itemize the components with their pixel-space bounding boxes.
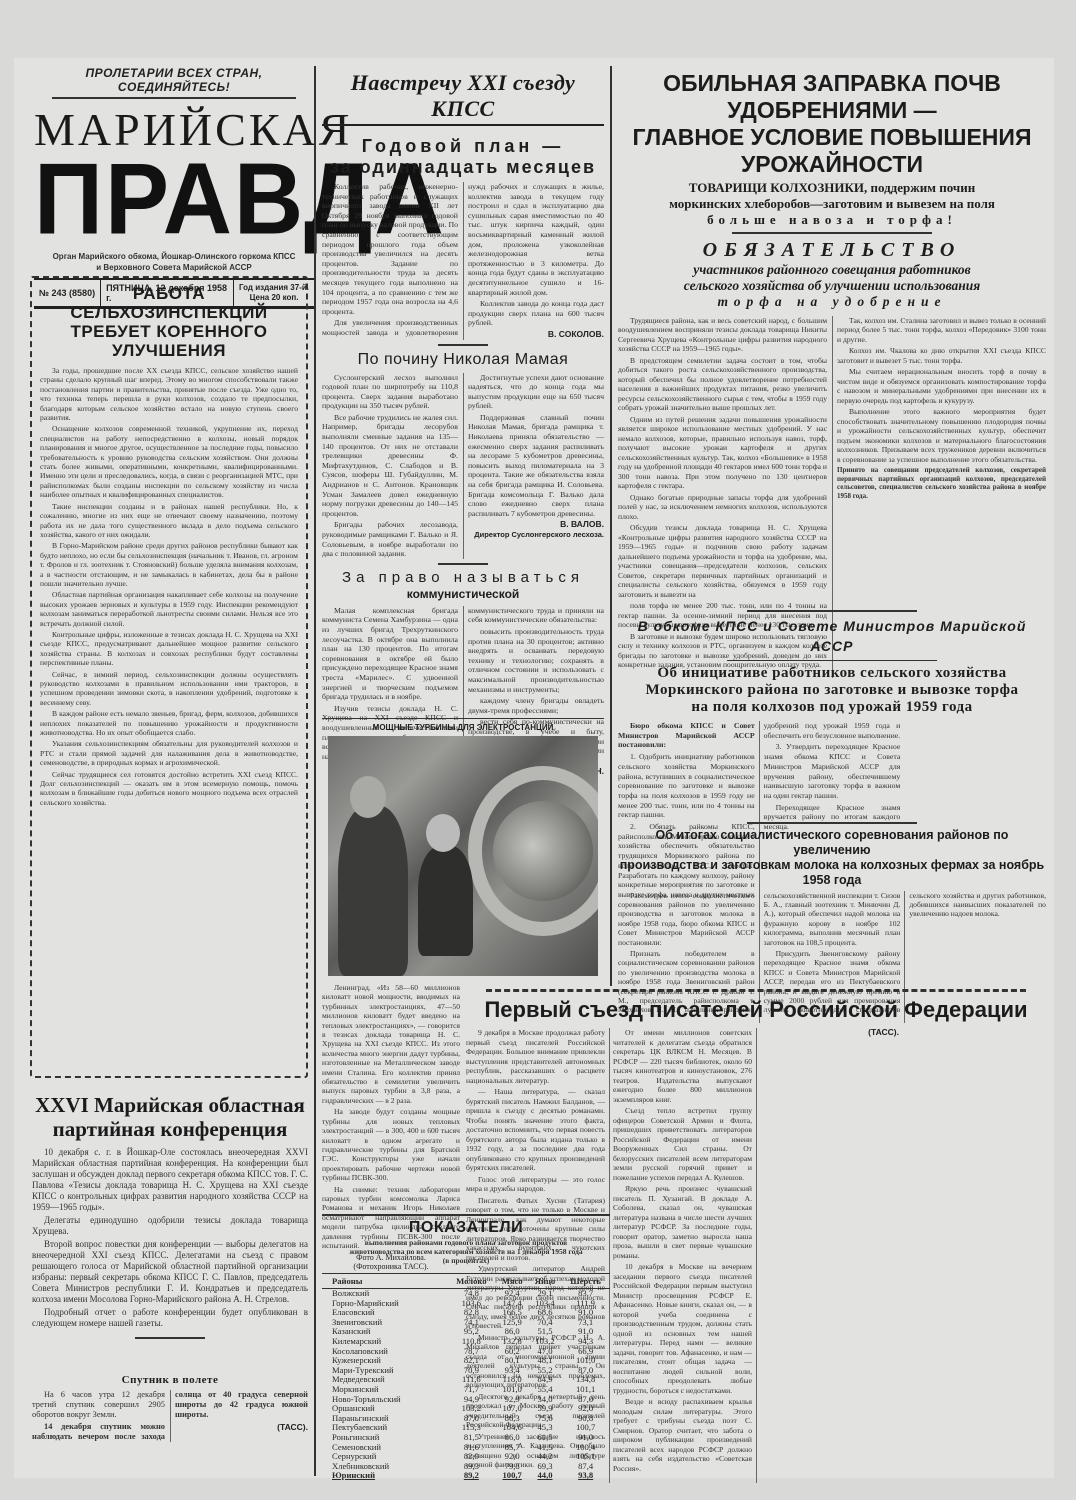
indicators-table-body: Волжский74,892,429,183,7Горно-Марийский1… — [322, 1289, 610, 1481]
divider — [438, 563, 488, 565]
mechanic-figure — [338, 806, 408, 976]
technician-head — [426, 814, 460, 852]
annual-plan-signature: В. СОКОЛОВ. — [468, 330, 604, 340]
communist-headline-line1: За право называться — [322, 569, 604, 587]
photo-caption-title: МОЩНЫЕ ТУРБИНЫ ДЛЯ ЭЛЕКТРОСТАНЦИЙ — [322, 719, 604, 736]
ornament-divider — [135, 1337, 205, 1339]
district-name-cell: Юринский — [322, 1471, 447, 1481]
conference-article: XXVI Марийская областная партийная конфе… — [32, 1093, 308, 1343]
writers-credit: (ТАСС). — [760, 1028, 899, 1038]
newspaper-page: ПРОЛЕТАРИИ ВСЕХ СТРАН, СОЕДИНЯЙТЕСЬ! МАР… — [14, 58, 1054, 1478]
percent-cell: 44,0 — [529, 1471, 561, 1481]
divider — [747, 610, 917, 612]
article-mamai-initiative: По почину Николая Мамая Суслонгерский ле… — [322, 350, 604, 565]
percent-cell: 89,2 — [447, 1471, 495, 1481]
turbine-photo — [328, 736, 598, 976]
sputnik-headline: Спутник в полете — [32, 1374, 308, 1386]
conference-body: 10 декабря с. г. в Йошкар-Оле состоялась… — [32, 1147, 308, 1329]
masthead-title-line2: ПРАВДА — [34, 151, 314, 250]
photo-text-body: Ленинград. «Из 58—60 миллионов киловатт … — [322, 983, 460, 1250]
ornament-rule — [486, 989, 1026, 992]
turbine-core — [493, 801, 593, 901]
sputnik-body: На 6 часов утра 12 декабря третий спутни… — [32, 1390, 308, 1442]
sputnik-article: Спутник в полете На 6 часов утра 12 дека… — [32, 1374, 308, 1442]
indicators-table-block: ПОКАЗАТЕЛИ выполнения районами годового … — [322, 1218, 610, 1481]
percent-cell: 100,7 — [496, 1471, 529, 1481]
mamai-signature-title: Директор Суслонгерского лесхоза. — [468, 530, 604, 540]
mamai-headline: По почину Николая Мамая — [322, 350, 604, 370]
percent-cell: 93,8 — [561, 1471, 610, 1481]
masthead-motto: ПРОЛЕТАРИИ ВСЕХ СТРАН, СОЕДИНЯЙТЕСЬ! — [34, 66, 314, 94]
divider — [727, 660, 937, 662]
lead-headline-line2: ГЛАВНОЕ УСЛОВИЕ ПОВЫШЕНИЯ УРОЖАЙНОСТИ — [618, 124, 1046, 178]
sputnik-credit: (ТАСС). — [175, 1422, 308, 1432]
communist-headline-line2: коммунистической — [322, 587, 604, 602]
inspection-body: За годы, прошедшие после XX съезда КПСС,… — [40, 366, 298, 807]
writers-headline: Первый съезд писателей Российской Федера… — [466, 996, 1046, 1024]
xxi-congress-banner: Навстречу XXI съезду КПСС — [322, 70, 604, 126]
annual-plan-headline-line1: Годовой план — — [322, 136, 604, 157]
obligation-subtitle: участников районного совещания работнико… — [618, 262, 1046, 310]
obkom-headline: Об инициативе работников сельского хозяй… — [618, 665, 1046, 716]
indicators-title: ПОКАЗАТЕЛИ — [322, 1218, 610, 1238]
divider — [322, 1214, 610, 1216]
lead-appeal: ТОВАРИЩИ КОЛХОЗНИКИ, поддержим почин мор… — [618, 180, 1046, 228]
indicators-table: Районы Молоко Мясо Яйцо Шерсть Волжский7… — [322, 1273, 610, 1481]
divider — [732, 232, 932, 234]
xxi-congress-column: Навстречу XXI съезду КПСС Годовой план —… — [322, 70, 604, 777]
masthead-organ-line2: и Верховного Совета Марийской АССР — [34, 262, 314, 273]
obligation-title: ОБЯЗАТЕЛЬСТВО — [618, 238, 1046, 262]
obligation-adopted-note: Принято на совещании председателей колхо… — [837, 466, 1046, 500]
inspection-headline-line1: РАБОТА СЕЛЬХОЗИНСПЕКЦИЙ — [40, 284, 298, 322]
mamai-body: Суслонгерский лесхоз выполнил годовой пл… — [322, 373, 604, 559]
milk-headline: Об итогах социалистического соревнования… — [618, 828, 1046, 888]
masthead: ПРОЛЕТАРИИ ВСЕХ СТРАН, СОЕДИНЯЙТЕСЬ! МАР… — [34, 66, 314, 309]
indicators-subtitle: выполнения районами годового плана загот… — [322, 1238, 610, 1265]
inspection-article: РАБОТА СЕЛЬХОЗИНСПЕКЦИЙ ТРЕБУЕТ КОРЕННОГ… — [30, 276, 308, 1078]
turbine-photo-block: МОЩНЫЕ ТУРБИНЫ ДЛЯ ЭЛЕКТРОСТАНЦИЙ — [322, 718, 604, 976]
mamai-signature: В. ВАЛОВ. — [468, 520, 604, 530]
conference-headline-line2: партийная конференция — [32, 1117, 308, 1141]
divider — [747, 822, 917, 824]
lead-headline-line1: ОБИЛЬНАЯ ЗАПРАВКА ПОЧВ УДОБРЕНИЯМИ — — [618, 70, 1046, 124]
inspection-headline-line2: ТРЕБУЕТ КОРЕННОГО УЛУЧШЕНИЯ — [40, 322, 298, 360]
divider — [438, 344, 488, 346]
column-rule — [314, 66, 316, 1476]
technician-figure — [418, 846, 473, 956]
obkom-rubric: В обкоме КПСС и Совете Министров Марийск… — [618, 616, 1046, 656]
column-rule — [610, 66, 612, 986]
conference-headline-line1: XXVI Марийская областная — [32, 1093, 308, 1117]
table-header-row: Районы Молоко Мясо Яйцо Шерсть — [322, 1274, 610, 1289]
annual-plan-headline-line2: за одиннадцать месяцев — [322, 157, 604, 178]
mechanic-head — [350, 776, 386, 818]
article-annual-plan: Годовой план — за одиннадцать месяцев Ко… — [322, 136, 604, 346]
annual-plan-body: Коллектив рабочих, инженерно-технических… — [322, 182, 604, 340]
lead-headline-block: ОБИЛЬНАЯ ЗАПРАВКА ПОЧВ УДОБРЕНИЯМИ — ГЛА… — [618, 70, 1046, 678]
table-row: Юринский89,2100,744,093,8 — [322, 1471, 610, 1481]
